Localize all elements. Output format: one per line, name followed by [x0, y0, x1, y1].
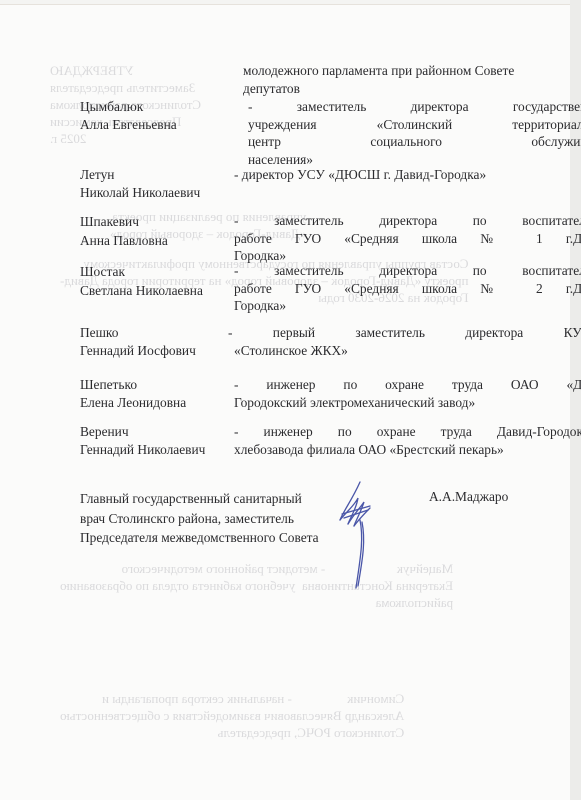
member-given-name: Геннадий Николаевич	[80, 441, 235, 459]
member-role-line: - директор УСУ «ДЮСШ г. Давид-Городка»	[234, 166, 581, 184]
member-role-line: - первый заместитель директора КУМПП	[228, 324, 581, 342]
continuation-line: молодежного парламента при районном Сове…	[243, 62, 581, 80]
member-given-name: Светлана Николаевна	[80, 281, 235, 300]
signatory-name: А.А.Маджаро	[429, 489, 508, 505]
member-role-line: работе ГУО «Средняя школа № 2 г.Давид-	[234, 280, 581, 298]
bleed-through-text: Симончик - начальник сектора пропаганды …	[60, 690, 404, 741]
signatory-title: Главный государственный санитарный врач …	[80, 489, 340, 548]
member-given-name: Елена Леонидовна	[80, 394, 235, 412]
member-role-line: - заместитель директора по воспитательно…	[234, 262, 581, 280]
signatory-title-line: Председателя межведомственного Совета	[80, 528, 340, 548]
continuation-line: депутатов	[243, 80, 581, 98]
member-given-name: Геннадий Иосфович	[80, 342, 235, 360]
member-role-line: центр социального обслуживания	[248, 133, 581, 151]
signatory-title-line: Главный государственный санитарный	[80, 489, 340, 509]
member-role-line: - инженер по охране труда ОАО «Давид-	[234, 376, 581, 394]
member-role-line: «Столинское ЖКХ»	[228, 342, 581, 360]
member-role-line: - заместитель директора государственного	[248, 98, 581, 116]
member-role-line: учреждения «Столинский территориальный	[248, 116, 581, 134]
member-role-line: Городка»	[234, 297, 581, 315]
member-surname: Шостак	[80, 262, 235, 281]
member-role-line: хлебозавода филиала ОАО «Брестский пекар…	[234, 441, 581, 459]
member-surname: Летун	[80, 166, 235, 184]
member-surname: Веренич	[80, 423, 235, 441]
member-role-line: Городокский электромеханический завод»	[234, 394, 581, 412]
signatory-title-line: врач Столинскго района, заместитель	[80, 509, 340, 529]
bleed-through-text: Мацейчук - методист районного методическ…	[60, 560, 453, 611]
member-role-line: - инженер по охране труда Давид-Городокс…	[234, 423, 581, 441]
member-role-line: работе ГУО «Средняя школа № 1 г.Давид-	[234, 230, 581, 248]
member-surname: Пешко	[80, 324, 235, 342]
member-surname: Шепетько	[80, 376, 235, 394]
member-given-name: Анна Павловна	[80, 231, 235, 250]
member-role-line: - заместитель директора по воспитательно…	[234, 212, 581, 230]
member-surname: Цымбалюк	[80, 98, 235, 116]
member-surname: Шпакевич	[80, 212, 235, 231]
handwritten-signature-icon	[330, 480, 390, 590]
member-given-name: Николай Николаевич	[80, 184, 235, 202]
member-given-name: Алла Евгеньевна	[80, 116, 235, 134]
